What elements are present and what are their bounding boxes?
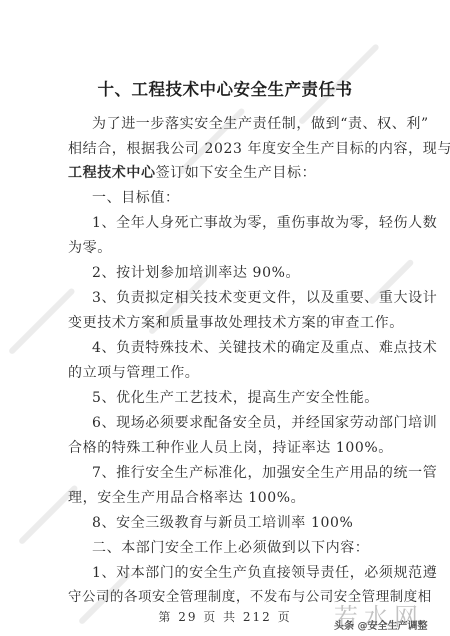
paragraph-line: 1、对本部门的安全生产负直接领导责任，必须规范遵 [92,562,437,582]
paragraph-line: 工程技术中心签订如下安全生产目标： [68,162,316,182]
watermark-logo: 若水网 头条 @安全生产调整 [334,597,444,633]
paragraph-line: 理，安全生产用品合格率达 100%。 [68,487,305,507]
paragraph-text: 签订如下安全生产目标： [156,165,317,181]
logo-subtext: 头条 @安全生产调整 [334,617,427,632]
section-heading: 一、目标值： [92,187,180,207]
paragraph-line: 4、负责特殊技术、关键技术的确定及重点、难点技术 [92,337,437,357]
document-title: 十、工程技术中心安全生产责任书 [0,76,450,100]
paragraph-line: 2、按计划参加培训率达 90%。 [92,262,300,282]
paragraph-line: 3、负责拟定相关技术变更文件，以及重要、重大设计 [92,287,437,307]
paragraph-line: 的立项与管理工作。 [68,362,199,382]
paragraph-line: 变更技术方案和质量事故处理技术方案的审查工作。 [68,312,404,332]
watermark-streak [8,287,76,355]
paragraph-line: 6、现场必须要求配备安全员，并经国家劳动部门培训 [92,412,437,432]
section-heading: 二、本部门安全工作上必须做到以下内容： [92,537,369,557]
paragraph-line: 1、全年人身死亡事故为零，重伤事故为零，轻伤人数 [92,212,437,232]
paragraph-line: 8、安全三级教育与新员工培训率 100% [92,512,353,532]
paragraph-line: 为了进一步落实安全生产责任制，做到“责、权、利” [92,113,429,133]
paragraph-line: 5、优化生产工艺技术，提高生产安全性能。 [92,387,379,407]
document-page: 十、工程技术中心安全生产责任书 为了进一步落实安全生产责任制，做到“责、权、利”… [0,0,450,636]
paragraph-line: 7、推行安全生产标准化，加强安全生产用品的统一管 [92,462,437,482]
paragraph-line: 合格的特殊工种作业人员上岗，持证率达 100%。 [68,437,393,457]
department-name: 工程技术中心 [68,165,156,181]
paragraph-line: 为零。 [68,237,112,257]
paragraph-line: 相结合，根据我公司 2023 年度安全生产目标的内容，现与 [68,138,450,158]
